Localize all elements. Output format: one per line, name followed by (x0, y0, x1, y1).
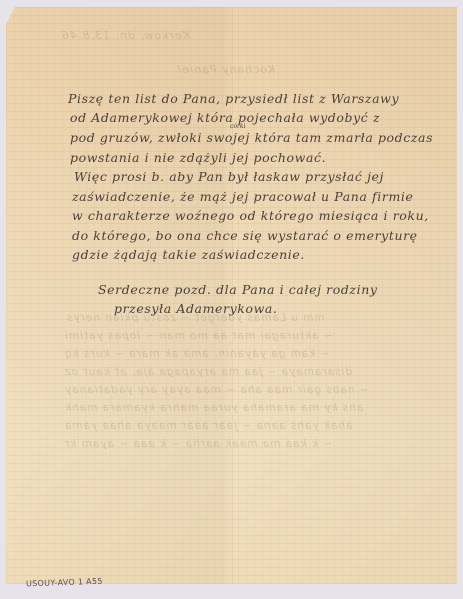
bleed-through-salutation: Kochany Panie! (176, 63, 275, 76)
letter-line: Piszę ten list do Pana, przysiedł list z… (68, 91, 399, 106)
bleed-through-line: ahs ky ma aramaha yuraa mahra kyamara ma… (64, 402, 363, 414)
letter-line: w charakterze woźnego od którego miesiąc… (72, 208, 429, 223)
letter-line: pod gruzów, zwłoki swojej która tam zmar… (70, 130, 433, 145)
letter-line: gdzie żądają takie zaświadczenie. (72, 247, 305, 262)
letter-line: od Adamerykowej która pojechała wydobyć … (70, 110, 380, 125)
letter-closing: Serdeczne pozd. dla Pana i całej rodziny (98, 282, 378, 297)
bleed-through-line: ~ kam ga yayanin. ama ak mara ~ kurs kq (64, 348, 330, 360)
letter-line: do którego, bo ona chce się wystarać o e… (72, 228, 418, 243)
archive-reference-number: USOUY-AVO 1 A55 (26, 577, 103, 589)
bleed-through-line: ~ nabs gair maa aha ~ maa ayay ary yadat… (64, 384, 369, 396)
letter-line: zaświadczenie, że mąż jej pracował u Pan… (72, 189, 414, 204)
bleed-through-header: Kerkow, dn. 13.8.46 (61, 29, 189, 42)
bleed-through-line: ~ akturagai mat aa mo man ~ lopas yatimi (64, 330, 333, 342)
letter-insertion: córki (230, 123, 245, 130)
letter-line: powstania i nie zdążyli jej pochować. (70, 150, 326, 165)
letter-signature: przesyła Adamerykowa. (114, 301, 278, 316)
bleed-through-line: disaramaya ~ jaa ma aryapaga aja. at kau… (64, 366, 352, 378)
bleed-through-line: ahak yahs aana ~ jaar aaar maaya ahaa ya… (64, 420, 353, 432)
bleed-through-line: ~ k kaa ma maak aarha ~ k aaa ~ ayam kr (64, 438, 332, 450)
letter-line: Więc prosi b. aby Pan był łaskaw przysła… (74, 169, 384, 184)
letter-sheet: Kerkow, dn. 13.8.46 Kochany Panie! mm u … (6, 7, 457, 584)
